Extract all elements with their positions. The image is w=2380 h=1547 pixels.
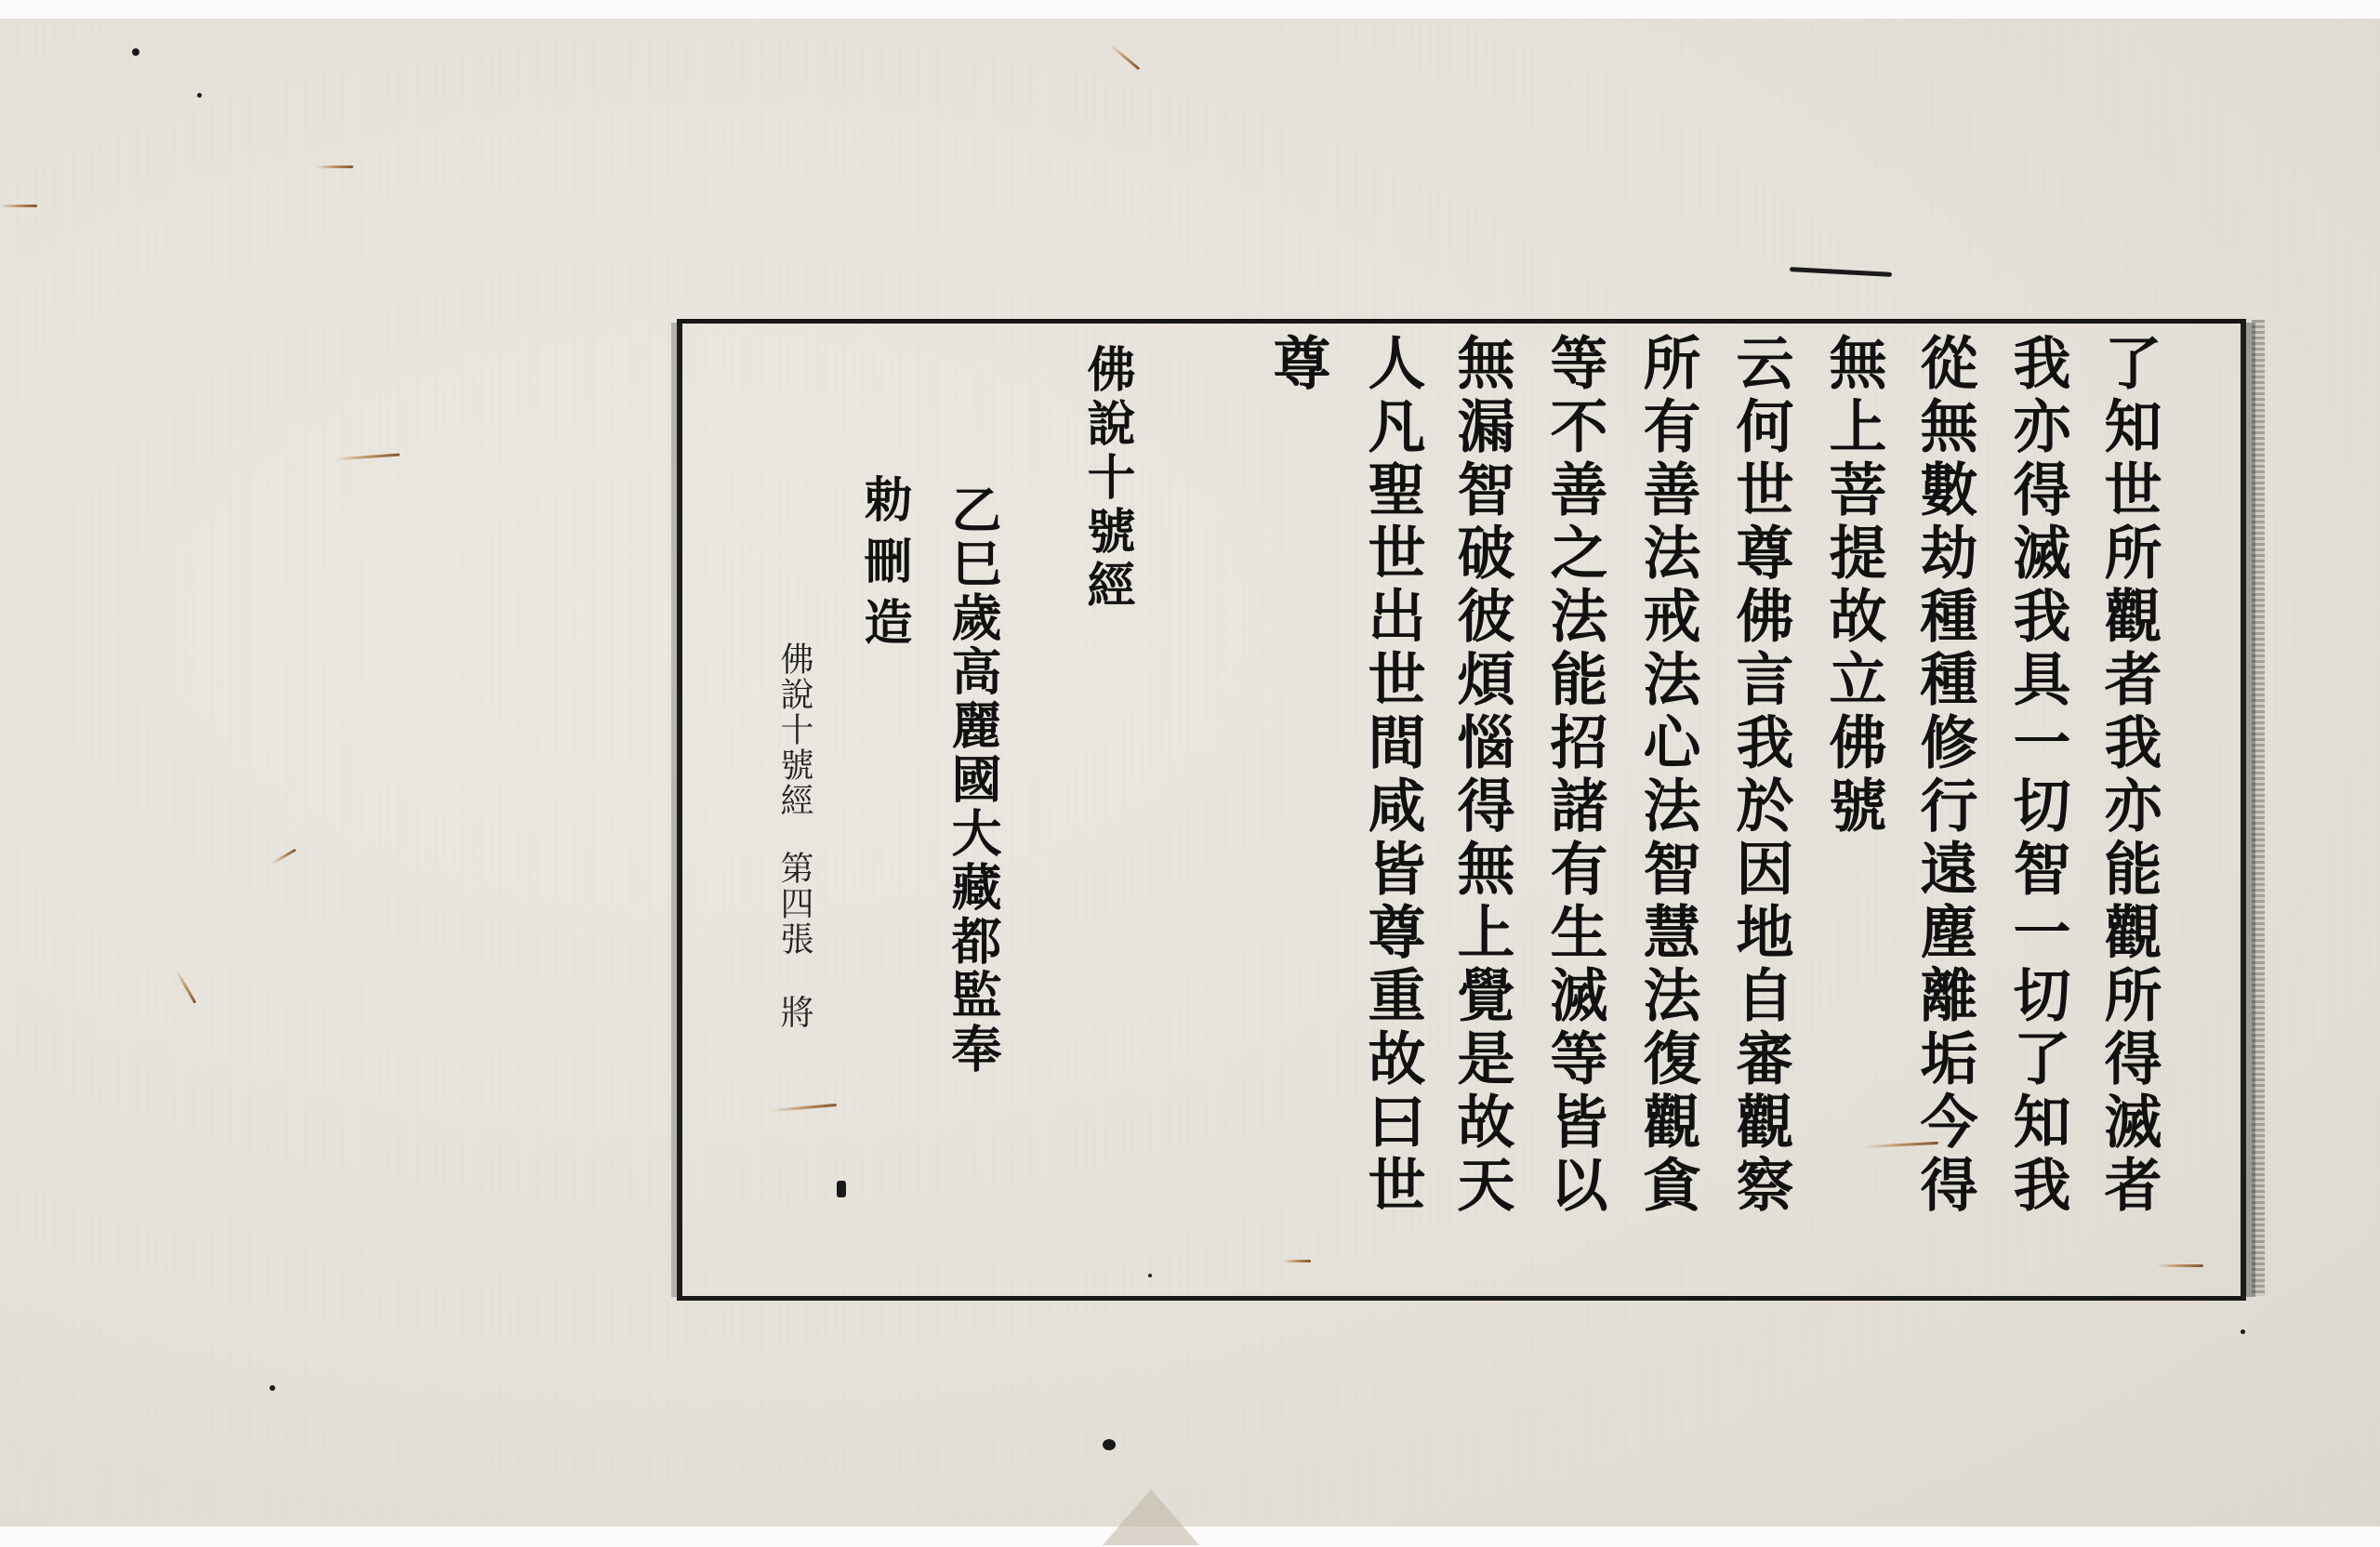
- text-column-2: 我亦得滅我具一切智一切了知我: [2008, 333, 2066, 1218]
- text-column-5: 云何世尊佛言我於因地自審觀察: [1731, 333, 1789, 1218]
- text-column-3: 從無數劫種種修行遠塵離垢今得: [1915, 333, 1973, 1218]
- text-column-10: 尊: [1268, 333, 1326, 396]
- margin-carver-name: 將: [777, 995, 811, 1030]
- end-title: 佛說十號經: [1082, 344, 1130, 614]
- paper-fiber: [271, 849, 296, 866]
- text-column-8: 無漏智破彼煩惱得無上覺是故天: [1452, 333, 1510, 1218]
- ink-speck: [2241, 1329, 2245, 1334]
- text-column-9: 人凡聖世出世間咸皆尊重故曰世: [1363, 333, 1421, 1218]
- margin-sutra-name: 佛說十號經: [777, 641, 811, 818]
- paper-fiber: [335, 454, 400, 461]
- paper-fiber: [316, 165, 353, 168]
- paper-fold: [1103, 1489, 1199, 1545]
- text-column-1: 了知世所觀者我亦能觀所得滅者: [2099, 333, 2157, 1218]
- colophon-line-2: 勅刪造: [859, 474, 907, 658]
- paper-fiber: [1110, 44, 1141, 70]
- ink-speck: [132, 48, 139, 56]
- ink-speck: [1103, 1439, 1116, 1450]
- ink-speck: [197, 93, 202, 98]
- paper-fiber: [176, 970, 197, 1003]
- colophon-line-1: 乙巳歲高麗國大藏都監奉: [948, 483, 998, 1077]
- paper-fiber: [0, 205, 37, 207]
- margin-page-number: 第四張: [777, 851, 811, 957]
- text-column-4: 無上菩提故立佛號: [1824, 333, 1882, 839]
- ink-speck: [270, 1385, 275, 1391]
- text-column-6: 所有善法戒法心法智慧法復觀貪: [1638, 333, 1696, 1218]
- text-column-7: 等不善之法能招諸有生滅等皆以: [1545, 333, 1603, 1218]
